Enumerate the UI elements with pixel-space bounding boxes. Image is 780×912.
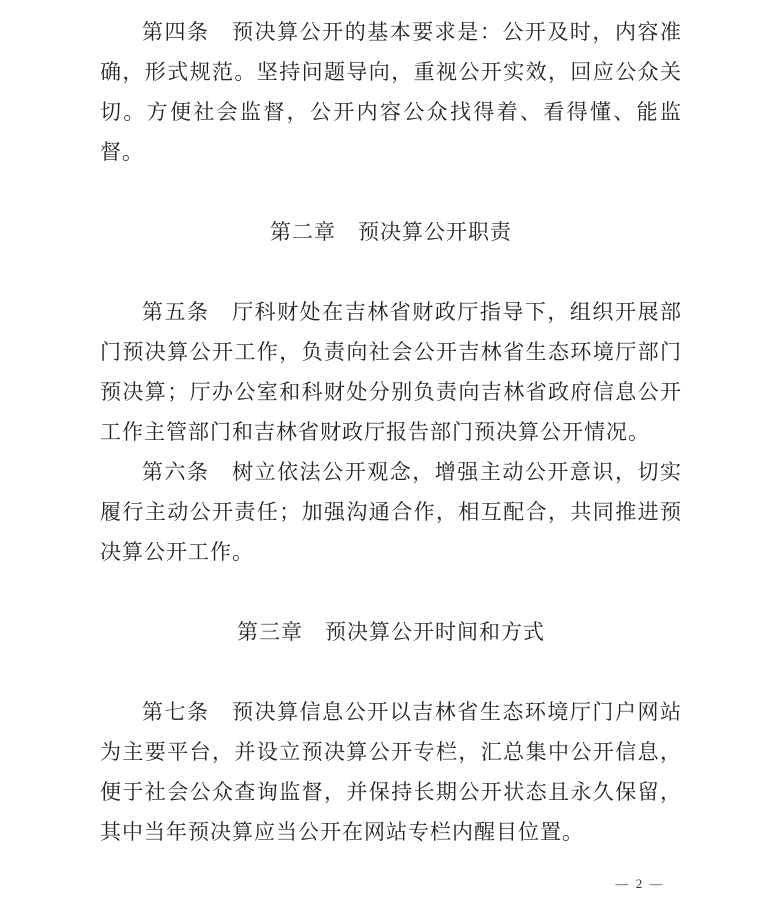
article-5-paragraph: 第五条 厅科财处在吉林省财政厅指导下，组织开展部门预决算公开工作，负责向社会公开… (100, 292, 682, 452)
chapter-3-heading: 第三章 预决算公开时间和方式 (100, 612, 682, 652)
document-body: 第四条 预决算公开的基本要求是：公开及时，内容准确，形式规范。坚持问题导向，重视… (100, 12, 682, 852)
chapter-2-heading: 第二章 预决算公开职责 (100, 212, 682, 252)
article-7-paragraph: 第七条 预决算信息公开以吉林省生态环境厅门户网站为主要平台，并设立预决算公开专栏… (100, 692, 682, 852)
document-page: 第四条 预决算公开的基本要求是：公开及时，内容准确，形式规范。坚持问题导向，重视… (0, 0, 780, 912)
article-6-paragraph: 第六条 树立依法公开观念，增强主动公开意识，切实履行主动公开责任；加强沟通合作，… (100, 452, 682, 572)
page-number: — 2 — (595, 876, 685, 892)
article-4-paragraph: 第四条 预决算公开的基本要求是：公开及时，内容准确，形式规范。坚持问题导向，重视… (100, 12, 682, 172)
